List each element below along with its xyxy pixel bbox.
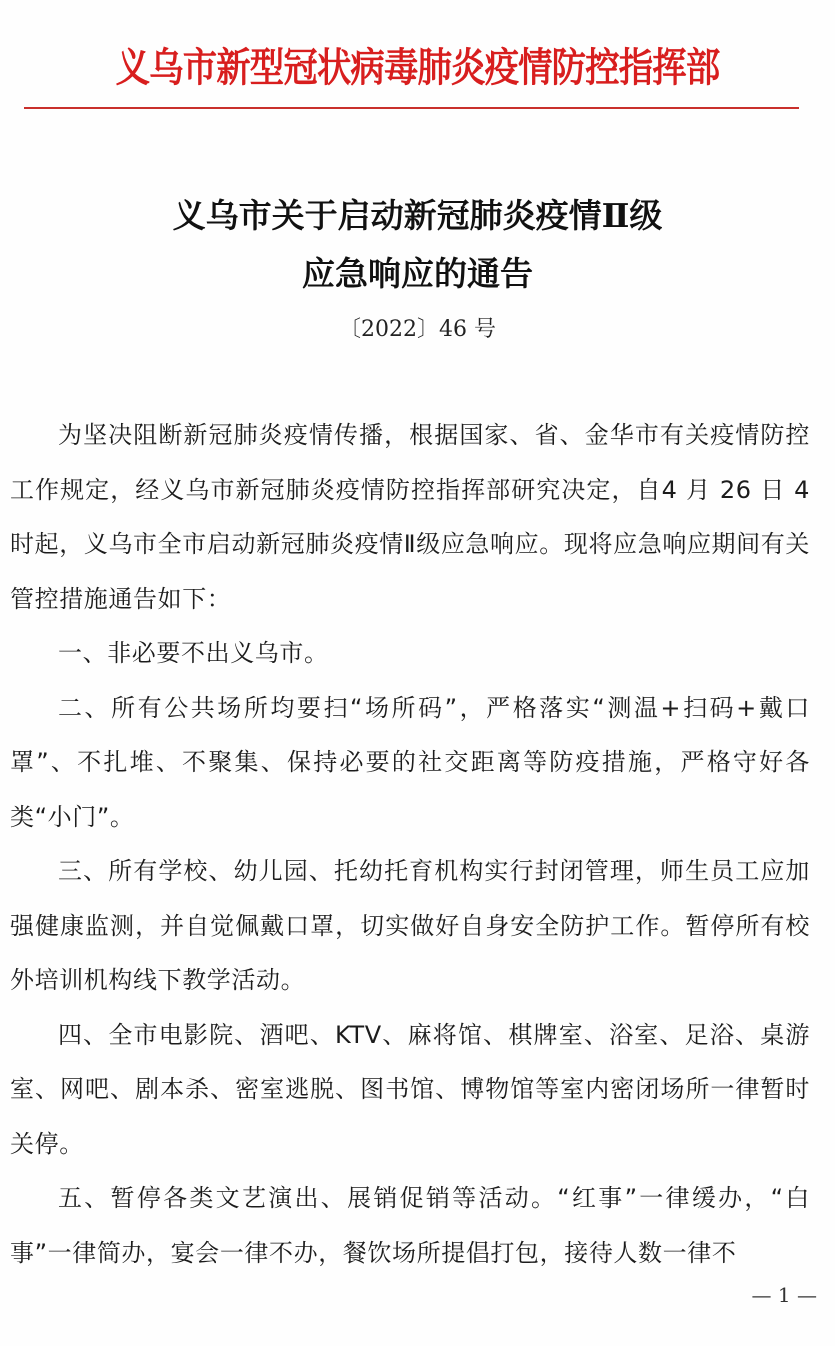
- document-number: 〔2022〕46 号: [0, 312, 835, 343]
- page-number: — 1 —: [752, 1283, 817, 1307]
- notice-title-line-1: 义乌市关于启动新冠肺炎疫情Ⅱ级: [0, 190, 835, 237]
- letterhead-divider: [24, 107, 799, 109]
- measure-2-paragraph: 二、所有公共场所均要扫“场所码”，严格落实“测温+扫码+戴口罩”、不扎堆、不聚集…: [10, 681, 810, 845]
- measure-1-paragraph: 一、非必要不出义乌市。: [10, 626, 810, 681]
- notice-body: 为坚决阻断新冠肺炎疫情传播，根据国家、省、金华市有关疫情防控工作规定，经义乌市新…: [10, 408, 810, 1280]
- measure-4-paragraph: 四、全市电影院、酒吧、KTV、麻将馆、棋牌室、浴室、足浴、桌游室、网吧、剧本杀、…: [10, 1008, 810, 1172]
- issuer-letterhead: 义乌市新型冠状病毒肺炎疫情防控指挥部: [58, 36, 776, 93]
- intro-paragraph: 为坚决阻断新冠肺炎疫情传播，根据国家、省、金华市有关疫情防控工作规定，经义乌市新…: [10, 408, 810, 626]
- measure-3-paragraph: 三、所有学校、幼儿园、托幼托育机构实行封闭管理，师生员工应加强健康监测，并自觉佩…: [10, 844, 810, 1008]
- notice-title-line-2: 应急响应的通告: [0, 248, 835, 295]
- measure-5-paragraph: 五、暂停各类文艺演出、展销促销等活动。“红事”一律缓办，“白事”一律简办，宴会一…: [10, 1171, 810, 1280]
- document-page: 义乌市新型冠状病毒肺炎疫情防控指挥部 义乌市关于启动新冠肺炎疫情Ⅱ级 应急响应的…: [0, 0, 835, 1346]
